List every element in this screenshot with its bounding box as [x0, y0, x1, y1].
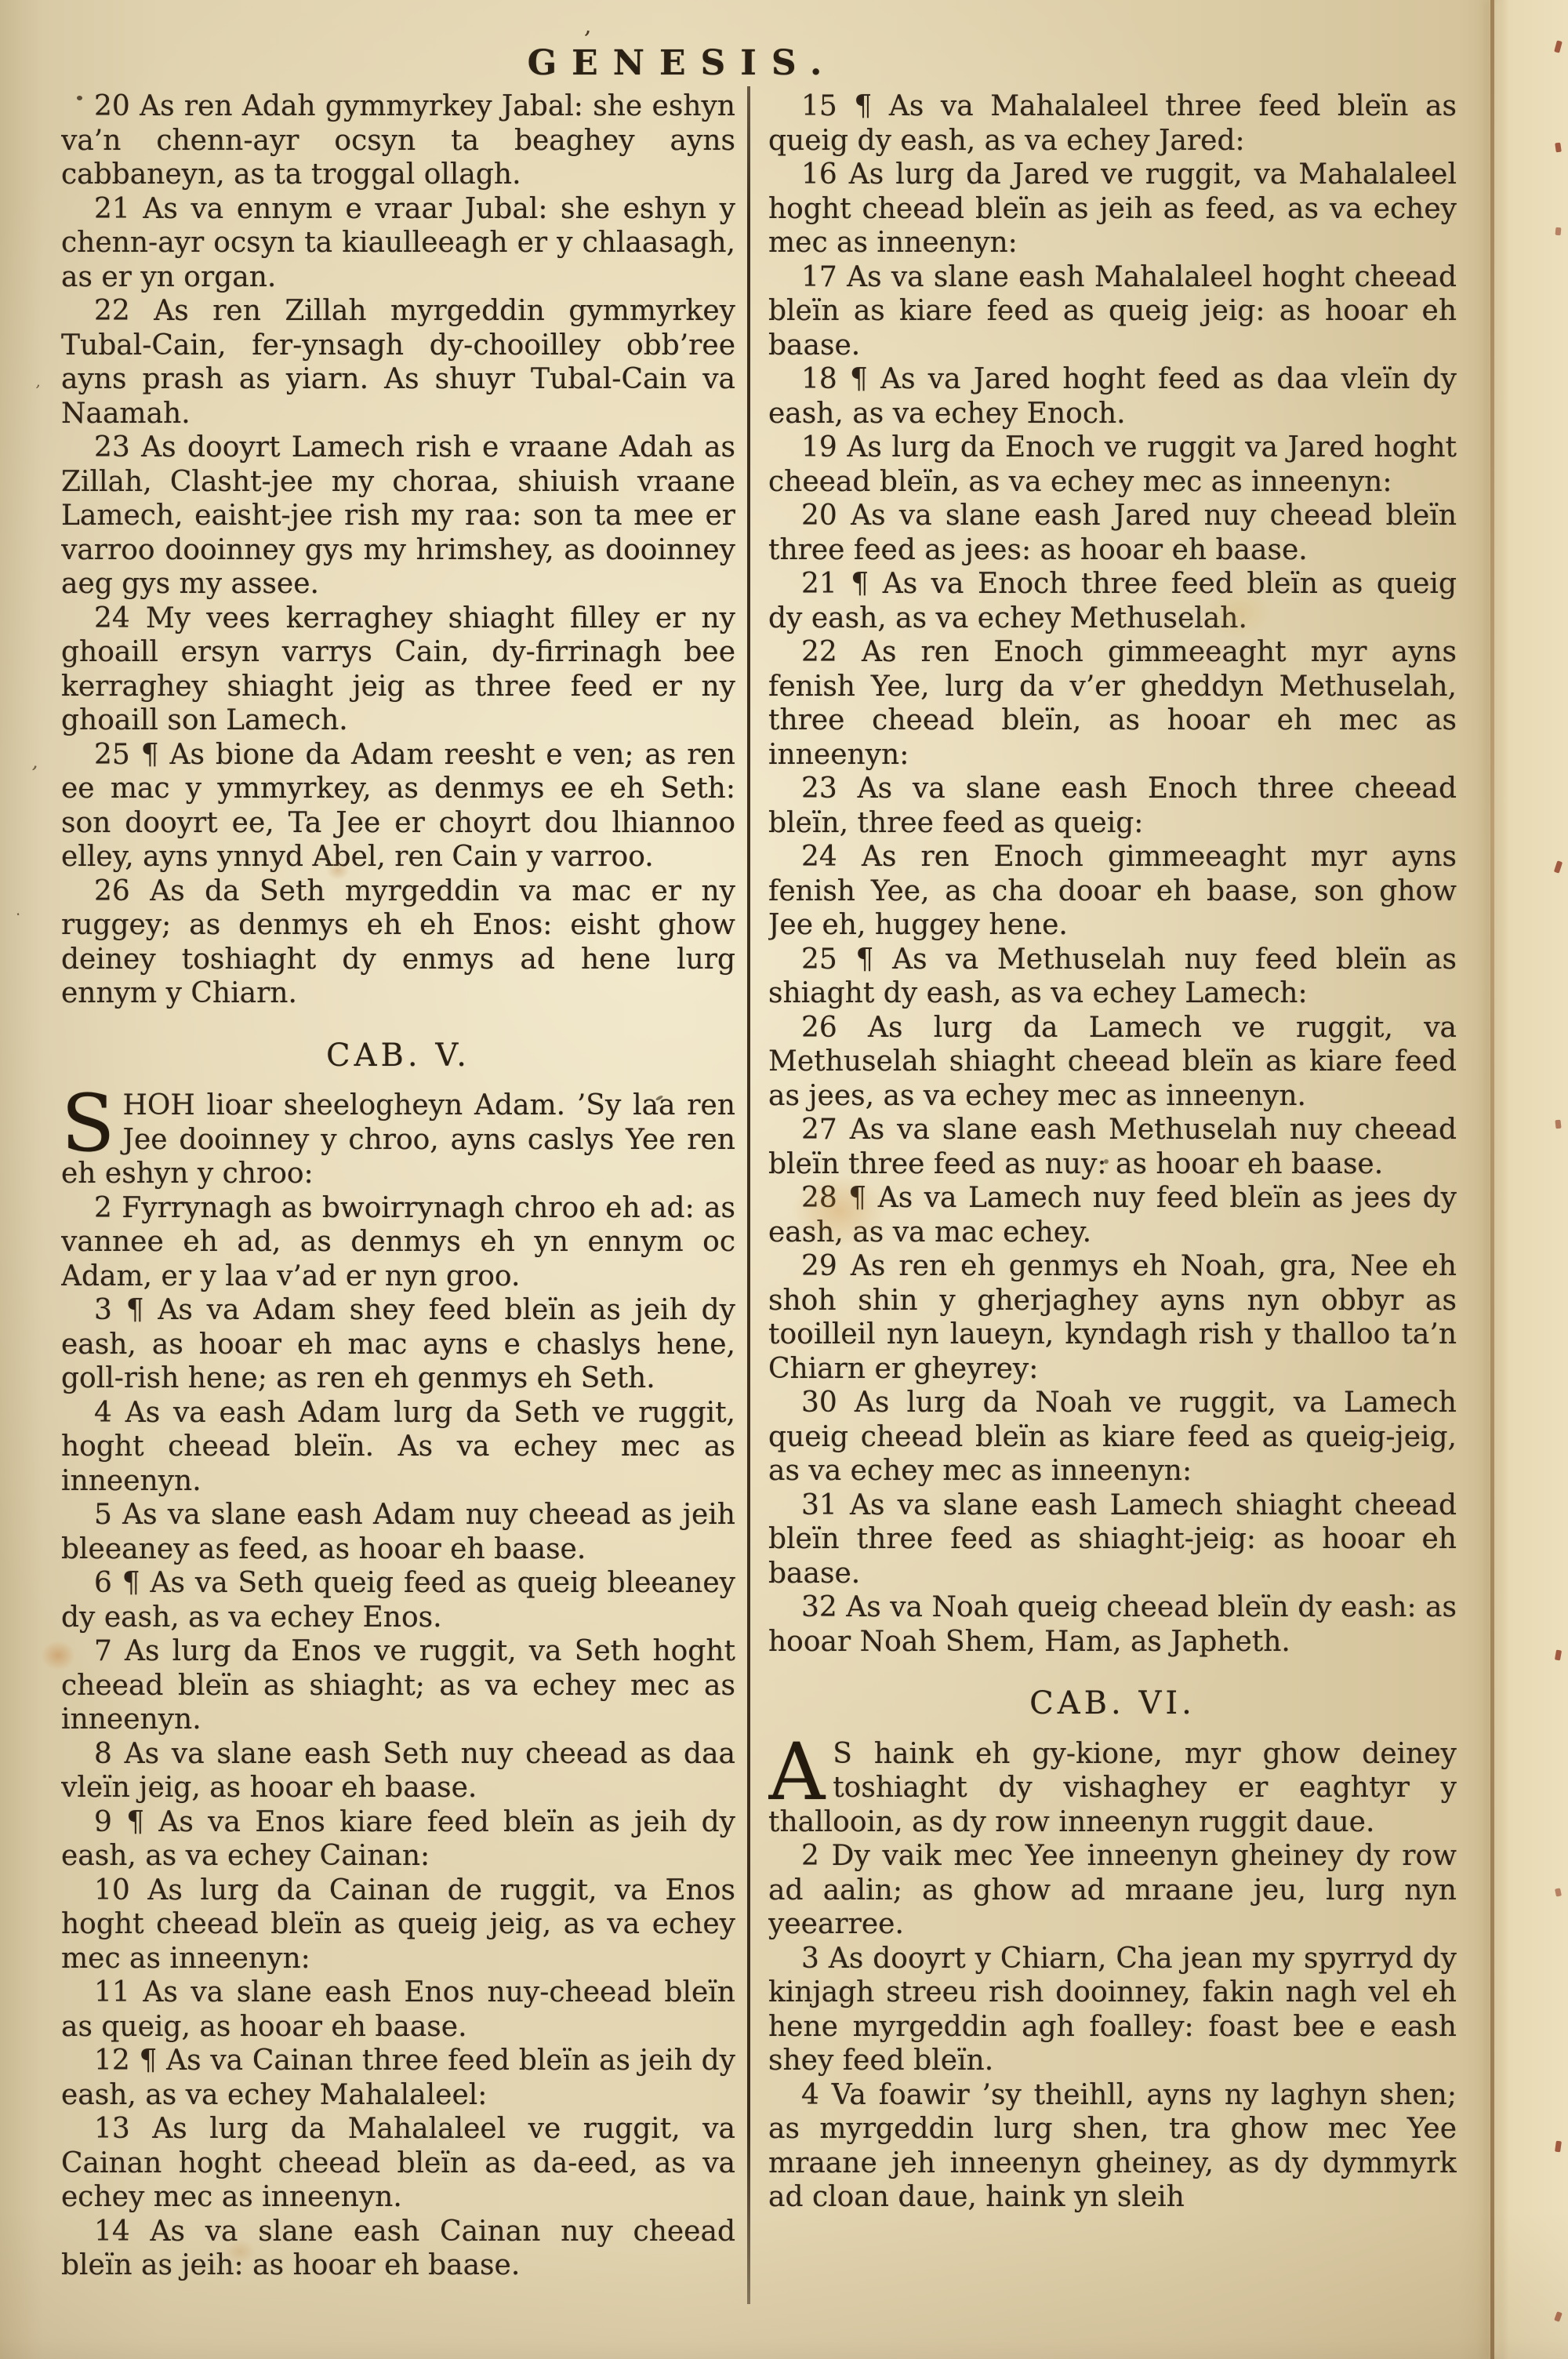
- scanned-page: ʼ GENESIS. 20 As ren Adah gymmyrkey Jaba…: [0, 0, 1568, 2359]
- verse-paragraph: 20 As va slane eash Jared nuy cheead ble…: [768, 499, 1457, 567]
- verse-paragraph: 14 As va slane eash Cainan nuy cheead bl…: [61, 2215, 735, 2283]
- page-edge-mark: [1554, 860, 1563, 873]
- verse-paragraph: 3 ¶ As va Adam shey feed bleïn as jeih d…: [61, 1293, 735, 1396]
- verse-paragraph: 16 As lurg da Jared ve ruggit, va Mahala…: [768, 158, 1457, 260]
- verse-paragraph: 13 As lurg da Mahalaleel ve ruggit, va C…: [61, 2112, 735, 2215]
- left-column: 20 As ren Adah gymmyrkey Jabal: she eshy…: [61, 89, 735, 2329]
- verse-paragraph: 12 ¶ As va Cainan three feed bleïn as je…: [61, 2044, 735, 2112]
- page-edge-mark: [1555, 227, 1562, 236]
- verse-paragraph: 4 Va foawir ’sy theihll, ayns ny laghyn …: [768, 2078, 1457, 2215]
- margin-scratch-mark: ‧: [14, 905, 23, 925]
- verse-paragraph: 4 As va eash Adam lurg da Seth ve ruggit…: [61, 1396, 735, 1499]
- verse-paragraph: 25 ¶ As va Methuselah nuy feed bleïn as …: [768, 943, 1457, 1011]
- page-edge-mark: [1555, 1888, 1562, 1896]
- verse-paragraph: 24 My vees kerraghey shiaght filley er n…: [61, 602, 735, 738]
- drop-cap-initial: A: [768, 1737, 833, 1801]
- verse-paragraph: AS haink eh gy-kione, myr ghow deiney to…: [768, 1737, 1457, 1840]
- verse-paragraph: 23 As va slane eash Enoch three cheead b…: [768, 772, 1457, 840]
- ink-speck: [77, 96, 82, 100]
- verse-paragraph: 19 As lurg da Enoch ve ruggit va Jared h…: [768, 431, 1457, 499]
- verse-paragraph: 18 ¶ As va Jared hoght feed as daa vleïn…: [768, 362, 1457, 431]
- verse-paragraph: 2 Fyrrynagh as bwoirrynagh chroo eh ad: …: [61, 1191, 735, 1294]
- page-edge-mark: [1554, 2311, 1563, 2322]
- verse-paragraph: 3 As dooyrt y Chiarn, Cha jean my spyrry…: [768, 1942, 1457, 2078]
- verse-paragraph: 28 ¶ As va Lamech nuy feed bleïn as jees…: [768, 1181, 1457, 1249]
- verse-paragraph: 27 As va slane eash Methuselah nuy cheea…: [768, 1113, 1457, 1181]
- page-edge-mark: [1555, 143, 1562, 153]
- verse-paragraph: 5 As va slane eash Adam nuy cheead as je…: [61, 1498, 735, 1566]
- page-crease: [1490, 0, 1494, 2359]
- verse-paragraph: 30 As lurg da Noah ve ruggit, va Lamech …: [768, 1386, 1457, 1488]
- verse-paragraph: 26 As da Seth myrgeddin va mac er ny rug…: [61, 874, 735, 1011]
- margin-scratch-mark: ’: [27, 761, 38, 786]
- drop-cap-initial: S: [61, 1089, 123, 1153]
- verse-paragraph: 9 ¶ As va Enos kiare feed bleïn as jeih …: [61, 1805, 735, 1874]
- column-divider-rule: [747, 86, 750, 2304]
- verse-paragraph: 17 As va slane eash Mahalaleel hoght che…: [768, 260, 1457, 363]
- page-edge-mark: [1555, 1649, 1562, 1660]
- ink-speck: [1104, 1159, 1109, 1164]
- verse-paragraph: 24 As ren Enoch gimmeeaght myr ayns feni…: [768, 840, 1457, 943]
- page-title: GENESIS.: [486, 43, 878, 83]
- verse-paragraph: 21 As va ennym e vraar Jubal: she eshyn …: [61, 192, 735, 295]
- verse-paragraph: 26 As lurg da Lamech ve ruggit, va Methu…: [768, 1011, 1457, 1114]
- verse-paragraph: 25 ¶ As bione da Adam reesht e ven; as r…: [61, 738, 735, 874]
- right-column: 15 ¶ As va Mahalaleel three feed bleïn a…: [768, 89, 1457, 2329]
- verse-paragraph: 29 As ren eh genmys eh Noah, gra, Nee eh…: [768, 1249, 1457, 1386]
- verse-paragraph: 31 As va slane eash Lamech shiaght cheea…: [768, 1488, 1457, 1591]
- verse-paragraph: 7 As lurg da Enos ve ruggit, va Seth hog…: [61, 1634, 735, 1737]
- page-edge-mark: [1555, 2141, 1562, 2153]
- verse-paragraph: 22 As ren Enoch gimmeeaght myr ayns feni…: [768, 635, 1457, 772]
- verse-paragraph: 10 As lurg da Cainan de ruggit, va Enos …: [61, 1874, 735, 1976]
- verse-paragraph: SHOH lioar sheelogheyn Adam. ’Sy laa ren…: [61, 1089, 735, 1191]
- chapter-heading: CAB. VI.: [768, 1687, 1457, 1721]
- verse-paragraph: 21 ¶ As va Enoch three feed bleïn as que…: [768, 567, 1457, 635]
- chapter-heading: CAB. V.: [61, 1039, 735, 1074]
- verse-paragraph: 11 As va slane eash Enos nuy-cheead bleï…: [61, 1976, 735, 2044]
- margin-scratch-mark: ’: [33, 381, 41, 401]
- verse-paragraph: 15 ¶ As va Mahalaleel three feed bleïn a…: [768, 89, 1457, 158]
- page-edge-mark: [1554, 40, 1563, 53]
- verse-paragraph: 2 Dy vaik mec Yee inneenyn gheiney dy ro…: [768, 1839, 1457, 1942]
- page-edge-mark: [1555, 1120, 1561, 1129]
- verse-paragraph: 6 ¶ As va Seth queig feed as queig bleea…: [61, 1566, 735, 1634]
- verse-paragraph: 23 As dooyrt Lamech rish e vraane Adah a…: [61, 431, 735, 602]
- verse-paragraph: 32 As va Noah queig cheead bleïn dy eash…: [768, 1590, 1457, 1659]
- verse-paragraph: 20 As ren Adah gymmyrkey Jabal: she eshy…: [61, 89, 735, 192]
- verse-paragraph: 8 As va slane eash Seth nuy cheead as da…: [61, 1737, 735, 1805]
- verse-paragraph: 22 As ren Zillah myrgeddin gymmyrkey Tub…: [61, 294, 735, 431]
